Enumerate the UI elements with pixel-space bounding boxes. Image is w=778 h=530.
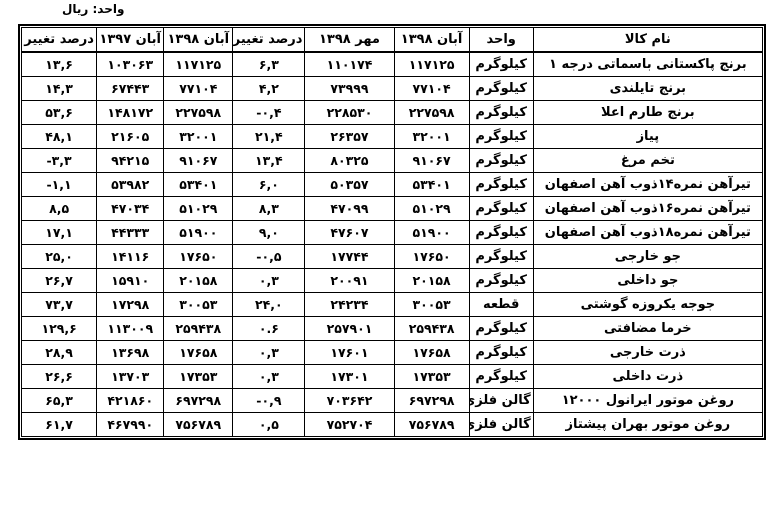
table-row: تیرآهن نمره۱۸ذوب آهن اصفهان کیلوگرم ۵۱۹۰…: [22, 221, 763, 245]
percent-change-year-cell: ۱۷,۱: [22, 221, 97, 245]
table-header-row: نام کالا واحد آبان ۱۳۹۸ مهر ۱۳۹۸ درصد تغ…: [22, 28, 763, 53]
price-mehr-1398-cell: ۲۵۷۹۰۱: [305, 317, 394, 341]
price-aban-1398-cell: ۶۹۷۲۹۸: [394, 389, 469, 413]
price-aban-1397-cell: ۴۲۱۸۶۰: [97, 389, 164, 413]
percent-change-month-cell: ۰.۶: [233, 317, 305, 341]
price-mehr-1398-cell: ۷۵۲۷۰۴: [305, 413, 394, 437]
unit-cell: کیلوگرم: [469, 341, 533, 365]
percent-change-month-cell: ۰,۳: [233, 365, 305, 389]
table-row: برنج تایلندی کیلوگرم ۷۷۱۰۴ ۷۳۹۹۹ ۴,۲ ۷۷۱…: [22, 77, 763, 101]
price-mehr-1398-cell: ۷۳۹۹۹: [305, 77, 394, 101]
percent-change-year-cell: ۲۶,۷: [22, 269, 97, 293]
item-name-cell: پیاز: [533, 125, 762, 149]
table-row: جو داخلی کیلوگرم ۲۰۱۵۸ ۲۰۰۹۱ ۰,۳ ۲۰۱۵۸ ۱…: [22, 269, 763, 293]
price-aban-1398-repeat-cell: ۷۷۱۰۴: [164, 77, 233, 101]
price-mehr-1398-cell: ۴۷۰۹۹: [305, 197, 394, 221]
price-aban-1397-cell: ۱۷۲۹۸: [97, 293, 164, 317]
percent-change-year-cell: ۷۳,۷: [22, 293, 97, 317]
percent-change-month-cell: ۰,۳: [233, 269, 305, 293]
price-aban-1398-cell: ۱۷۶۵۰: [394, 245, 469, 269]
percent-change-month-cell: -۰,۴: [233, 101, 305, 125]
percent-change-month-cell: ۹,۰: [233, 221, 305, 245]
item-name-cell: تیرآهن نمره۱۴ذوب آهن اصفهان: [533, 173, 762, 197]
column-header-aban-1398-repeat: آبان ۱۳۹۸: [164, 28, 233, 53]
price-aban-1398-repeat-cell: ۵۳۴۰۱: [164, 173, 233, 197]
percent-change-month-cell: ۰,۳: [233, 341, 305, 365]
percent-change-month-cell: ۶,۳: [233, 52, 305, 77]
table-row: پیاز کیلوگرم ۳۲۰۰۱ ۲۶۳۵۷ ۲۱,۴ ۳۲۰۰۱ ۲۱۶۰…: [22, 125, 763, 149]
price-mehr-1398-cell: ۴۷۶۰۷: [305, 221, 394, 245]
price-table-frame: نام کالا واحد آبان ۱۳۹۸ مهر ۱۳۹۸ درصد تغ…: [18, 24, 766, 440]
price-mehr-1398-cell: ۱۷۶۰۱: [305, 341, 394, 365]
price-aban-1398-repeat-cell: ۲۰۱۵۸: [164, 269, 233, 293]
price-aban-1397-cell: ۱۱۳۰۰۹: [97, 317, 164, 341]
price-aban-1398-repeat-cell: ۹۱۰۶۷: [164, 149, 233, 173]
item-name-cell: روغن موتور بهران پیشتاز: [533, 413, 762, 437]
price-aban-1398-repeat-cell: ۱۱۷۱۲۵: [164, 52, 233, 77]
table-row: تخم مرغ کیلوگرم ۹۱۰۶۷ ۸۰۳۲۵ ۱۳,۴ ۹۱۰۶۷ ۹…: [22, 149, 763, 173]
price-mehr-1398-cell: ۱۷۳۰۱: [305, 365, 394, 389]
percent-change-year-cell: ۴۸,۱: [22, 125, 97, 149]
column-header-unit: واحد: [469, 28, 533, 53]
price-aban-1397-cell: ۶۷۴۴۳: [97, 77, 164, 101]
price-aban-1398-cell: ۵۳۴۰۱: [394, 173, 469, 197]
percent-change-month-cell: ۴,۲: [233, 77, 305, 101]
price-aban-1397-cell: ۱۴۸۱۷۲: [97, 101, 164, 125]
price-mehr-1398-cell: ۵۰۳۵۷: [305, 173, 394, 197]
percent-change-year-cell: ۸,۵: [22, 197, 97, 221]
percent-change-year-cell: ۵۳,۶: [22, 101, 97, 125]
item-name-cell: برنج تایلندی: [533, 77, 762, 101]
price-aban-1398-cell: ۳۰۰۵۳: [394, 293, 469, 317]
percent-change-month-cell: -۰,۵: [233, 245, 305, 269]
price-aban-1397-cell: ۱۳۶۹۸: [97, 341, 164, 365]
price-aban-1397-cell: ۴۴۳۳۳: [97, 221, 164, 245]
percent-change-year-cell: ۲۸,۹: [22, 341, 97, 365]
item-name-cell: ذرت داخلی: [533, 365, 762, 389]
table-row: ذرت خارجی کیلوگرم ۱۷۶۵۸ ۱۷۶۰۱ ۰,۳ ۱۷۶۵۸ …: [22, 341, 763, 365]
unit-cell: گالن فلزی: [469, 413, 533, 437]
price-aban-1398-cell: ۱۷۳۵۳: [394, 365, 469, 389]
percent-change-year-cell: ۲۶,۶: [22, 365, 97, 389]
percent-change-year-cell: -۱,۱: [22, 173, 97, 197]
unit-cell: گالن فلزی: [469, 389, 533, 413]
item-name-cell: ذرت خارجی: [533, 341, 762, 365]
price-aban-1398-repeat-cell: ۲۵۹۴۳۸: [164, 317, 233, 341]
column-header-percent-change-year: درصد تغییر: [22, 28, 97, 53]
table-row: تیرآهن نمره۱۶ذوب آهن اصفهان کیلوگرم ۵۱۰۲…: [22, 197, 763, 221]
price-mehr-1398-cell: ۲۴۲۳۴: [305, 293, 394, 317]
item-name-cell: جو داخلی: [533, 269, 762, 293]
price-aban-1398-cell: ۷۵۶۷۸۹: [394, 413, 469, 437]
item-name-cell: روغن موتور ایرانول ۱۲۰۰۰: [533, 389, 762, 413]
column-header-aban-1397: آبان ۱۳۹۷: [97, 28, 164, 53]
unit-cell: کیلوگرم: [469, 52, 533, 77]
price-aban-1397-cell: ۱۴۱۱۶: [97, 245, 164, 269]
item-name-cell: تخم مرغ: [533, 149, 762, 173]
price-aban-1398-cell: ۳۲۰۰۱: [394, 125, 469, 149]
percent-change-year-cell: ۱۴,۳: [22, 77, 97, 101]
unit-cell: کیلوگرم: [469, 197, 533, 221]
table-row: تیرآهن نمره۱۴ذوب آهن اصفهان کیلوگرم ۵۳۴۰…: [22, 173, 763, 197]
price-mehr-1398-cell: ۸۰۳۲۵: [305, 149, 394, 173]
price-mehr-1398-cell: ۲۶۳۵۷: [305, 125, 394, 149]
price-aban-1398-cell: ۵۱۰۲۹: [394, 197, 469, 221]
price-aban-1397-cell: ۱۰۳۰۶۳: [97, 52, 164, 77]
table-row: خرما مضافتی کیلوگرم ۲۵۹۴۳۸ ۲۵۷۹۰۱ ۰.۶ ۲۵…: [22, 317, 763, 341]
percent-change-month-cell: ۸,۳: [233, 197, 305, 221]
price-aban-1398-cell: ۲۵۹۴۳۸: [394, 317, 469, 341]
price-aban-1397-cell: ۲۱۶۰۵: [97, 125, 164, 149]
unit-cell: کیلوگرم: [469, 245, 533, 269]
price-aban-1398-repeat-cell: ۱۷۳۵۳: [164, 365, 233, 389]
table-row: برنج پاکستانی باسماتی درجه ۱ کیلوگرم ۱۱۷…: [22, 52, 763, 77]
percent-change-year-cell: ۲۵,۰: [22, 245, 97, 269]
percent-change-year-cell: ۱۳,۶: [22, 52, 97, 77]
unit-cell: کیلوگرم: [469, 77, 533, 101]
price-aban-1398-repeat-cell: ۵۱۰۲۹: [164, 197, 233, 221]
unit-cell: کیلوگرم: [469, 173, 533, 197]
price-aban-1398-repeat-cell: ۶۹۷۲۹۸: [164, 389, 233, 413]
unit-cell: کیلوگرم: [469, 221, 533, 245]
item-name-cell: تیرآهن نمره۱۶ذوب آهن اصفهان: [533, 197, 762, 221]
column-header-percent-change-month: درصد تغییر: [233, 28, 305, 53]
price-aban-1397-cell: ۱۵۹۱۰: [97, 269, 164, 293]
percent-change-year-cell: ۱۲۹,۶: [22, 317, 97, 341]
unit-cell: کیلوگرم: [469, 149, 533, 173]
percent-change-month-cell: ۶,۰: [233, 173, 305, 197]
unit-cell: کیلوگرم: [469, 269, 533, 293]
item-name-cell: جو خارجی: [533, 245, 762, 269]
item-name-cell: تیرآهن نمره۱۸ذوب آهن اصفهان: [533, 221, 762, 245]
column-header-aban-1398: آبان ۱۳۹۸: [394, 28, 469, 53]
price-aban-1398-cell: ۵۱۹۰۰: [394, 221, 469, 245]
price-aban-1398-repeat-cell: ۱۷۶۵۸: [164, 341, 233, 365]
price-aban-1398-repeat-cell: ۳۲۰۰۱: [164, 125, 233, 149]
item-name-cell: خرما مضافتی: [533, 317, 762, 341]
price-aban-1398-cell: ۷۷۱۰۴: [394, 77, 469, 101]
table-row: برنج طارم اعلا کیلوگرم ۲۲۷۵۹۸ ۲۲۸۵۳۰ -۰,…: [22, 101, 763, 125]
price-mehr-1398-cell: ۷۰۳۶۴۲: [305, 389, 394, 413]
price-aban-1398-repeat-cell: ۱۷۶۵۰: [164, 245, 233, 269]
price-aban-1398-repeat-cell: ۵۱۹۰۰: [164, 221, 233, 245]
price-aban-1397-cell: ۴۶۷۹۹۰: [97, 413, 164, 437]
table-row: روغن موتور ایرانول ۱۲۰۰۰ گالن فلزی ۶۹۷۲۹…: [22, 389, 763, 413]
price-aban-1398-repeat-cell: ۷۵۶۷۸۹: [164, 413, 233, 437]
price-mehr-1398-cell: ۱۷۷۴۴: [305, 245, 394, 269]
item-name-cell: جوجه یکروزه گوشتی: [533, 293, 762, 317]
item-name-cell: برنج پاکستانی باسماتی درجه ۱: [533, 52, 762, 77]
price-aban-1397-cell: ۹۴۲۱۵: [97, 149, 164, 173]
table-row: جو خارجی کیلوگرم ۱۷۶۵۰ ۱۷۷۴۴ -۰,۵ ۱۷۶۵۰ …: [22, 245, 763, 269]
percent-change-month-cell: ۰,۵: [233, 413, 305, 437]
price-aban-1398-cell: ۱۷۶۵۸: [394, 341, 469, 365]
percent-change-month-cell: ۲۱,۴: [233, 125, 305, 149]
column-header-mehr-1398: مهر ۱۳۹۸: [305, 28, 394, 53]
table-row: روغن موتور بهران پیشتاز گالن فلزی ۷۵۶۷۸۹…: [22, 413, 763, 437]
price-aban-1398-cell: ۲۲۷۵۹۸: [394, 101, 469, 125]
price-aban-1398-repeat-cell: ۲۲۷۵۹۸: [164, 101, 233, 125]
percent-change-month-cell: -۰,۹: [233, 389, 305, 413]
unit-cell: کیلوگرم: [469, 365, 533, 389]
unit-cell: کیلوگرم: [469, 125, 533, 149]
percent-change-year-cell: ۶۵,۳: [22, 389, 97, 413]
price-aban-1398-repeat-cell: ۳۰۰۵۳: [164, 293, 233, 317]
table-row: ذرت داخلی کیلوگرم ۱۷۳۵۳ ۱۷۳۰۱ ۰,۳ ۱۷۳۵۳ …: [22, 365, 763, 389]
price-aban-1398-cell: ۲۰۱۵۸: [394, 269, 469, 293]
price-aban-1397-cell: ۱۳۷۰۳: [97, 365, 164, 389]
table-row: جوجه یکروزه گوشتی قطعه ۳۰۰۵۳ ۲۴۲۳۴ ۲۴,۰ …: [22, 293, 763, 317]
price-mehr-1398-cell: ۲۲۸۵۳۰: [305, 101, 394, 125]
percent-change-year-cell: -۳,۳: [22, 149, 97, 173]
price-mehr-1398-cell: ۲۰۰۹۱: [305, 269, 394, 293]
percent-change-year-cell: ۶۱,۷: [22, 413, 97, 437]
price-aban-1397-cell: ۴۷۰۳۴: [97, 197, 164, 221]
price-aban-1398-cell: ۹۱۰۶۷: [394, 149, 469, 173]
table-body: برنج پاکستانی باسماتی درجه ۱ کیلوگرم ۱۱۷…: [22, 52, 763, 437]
price-aban-1397-cell: ۵۳۹۸۲: [97, 173, 164, 197]
unit-cell: قطعه: [469, 293, 533, 317]
price-aban-1398-cell: ۱۱۷۱۲۵: [394, 52, 469, 77]
unit-cell: کیلوگرم: [469, 317, 533, 341]
item-name-cell: برنج طارم اعلا: [533, 101, 762, 125]
column-header-item-name: نام کالا: [533, 28, 762, 53]
unit-label: واحد: ریال: [62, 2, 124, 16]
percent-change-month-cell: ۲۴,۰: [233, 293, 305, 317]
unit-cell: کیلوگرم: [469, 101, 533, 125]
price-mehr-1398-cell: ۱۱۰۱۷۴: [305, 52, 394, 77]
percent-change-month-cell: ۱۳,۴: [233, 149, 305, 173]
price-table: نام کالا واحد آبان ۱۳۹۸ مهر ۱۳۹۸ درصد تغ…: [21, 27, 763, 437]
